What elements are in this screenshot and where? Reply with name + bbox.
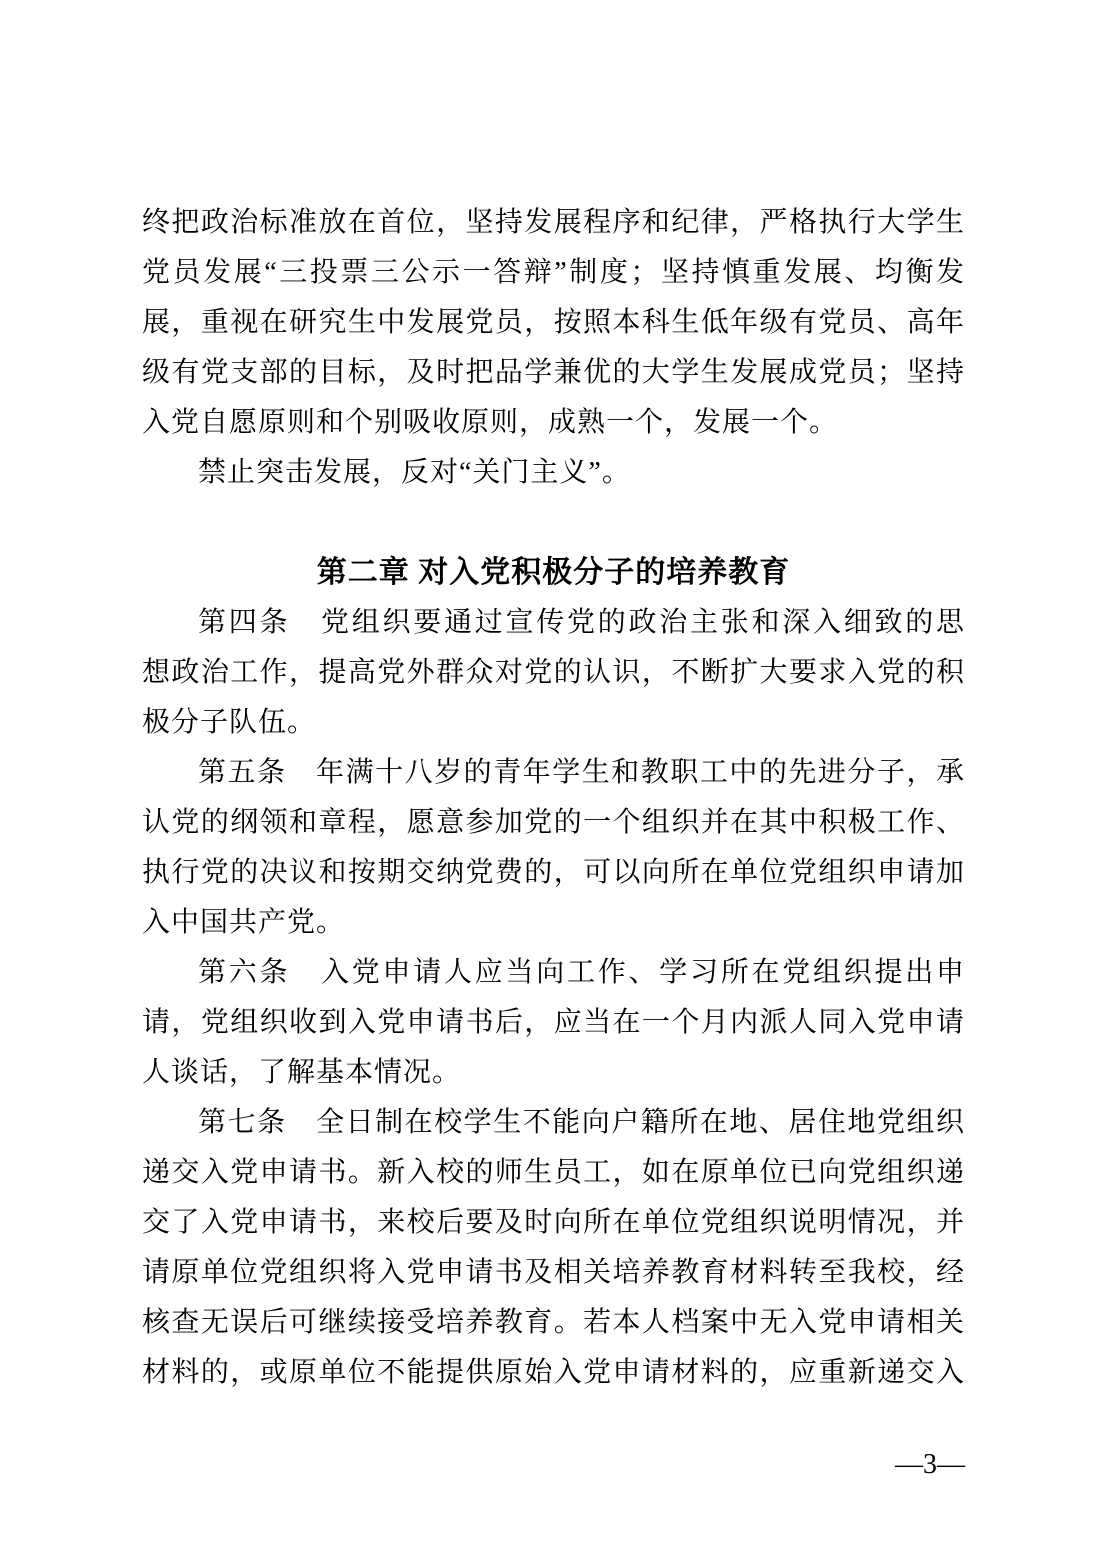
- text-line: 第七条 全日制在校学生不能向户籍所在地、居住地党组织: [142, 1098, 965, 1148]
- page-number: —3—: [895, 1445, 965, 1485]
- text-line: 递交入党申请书。新入校的师生员工，如在原单位已向党组织递: [142, 1148, 965, 1198]
- document-page: 终把政治标准放在首位，坚持发展程序和纪律，严格执行大学生 党员发展“三投票三公示…: [0, 0, 1102, 1559]
- text-line: 禁止突击发展，反对“关门主义”。: [142, 448, 965, 498]
- text-line: 终把政治标准放在首位，坚持发展程序和纪律，严格执行大学生: [142, 198, 965, 248]
- paragraph-article-5: 第五条 年满十八岁的青年学生和教职工中的先进分子，承 认党的纲领和章程，愿意参加…: [142, 748, 965, 948]
- text-line: 第五条 年满十八岁的青年学生和教职工中的先进分子，承: [142, 748, 965, 798]
- text-line: 核查无误后可继续接受培养教育。若本人档案中无入党申请相关: [142, 1298, 965, 1348]
- text-line: 展，重视在研究生中发展党员，按照本科生低年级有党员、高年: [142, 298, 965, 348]
- text-line: 级有党支部的目标，及时把品学兼优的大学生发展成党员；坚持: [142, 348, 965, 398]
- text-line: 请，党组织收到入党申请书后，应当在一个月内派人同入党申请: [142, 998, 965, 1048]
- text-line: 执行党的决议和按期交纳党费的，可以向所在单位党组织申请加: [142, 848, 965, 898]
- text-line: 材料的，或原单位不能提供原始入党申请材料的，应重新递交入: [142, 1348, 965, 1398]
- text-line: 极分子队伍。: [142, 698, 965, 748]
- paragraph-continuation: 终把政治标准放在首位，坚持发展程序和纪律，严格执行大学生 党员发展“三投票三公示…: [142, 198, 965, 448]
- text-line: 第四条 党组织要通过宣传党的政治主张和深入细致的思: [142, 598, 965, 648]
- text-line: 想政治工作，提高党外群众对党的认识，不断扩大要求入党的积: [142, 648, 965, 698]
- text-line: 交了入党申请书，来校后要及时向所在单位党组织说明情况，并: [142, 1198, 965, 1248]
- text-line: 请原单位党组织将入党申请书及相关培养教育材料转至我校，经: [142, 1248, 965, 1298]
- text-line: 认党的纲领和章程，愿意参加党的一个组织并在其中积极工作、: [142, 798, 965, 848]
- text-line: 入党自愿原则和个别吸收原则，成熟一个，发展一个。: [142, 398, 965, 448]
- text-line: 入中国共产党。: [142, 898, 965, 948]
- paragraph-article-7: 第七条 全日制在校学生不能向户籍所在地、居住地党组织 递交入党申请书。新入校的师…: [142, 1098, 965, 1398]
- text-line: 党员发展“三投票三公示一答辩”制度；坚持慎重发展、均衡发: [142, 248, 965, 298]
- document-body: 终把政治标准放在首位，坚持发展程序和纪律，严格执行大学生 党员发展“三投票三公示…: [142, 198, 965, 1398]
- paragraph-article-4: 第四条 党组织要通过宣传党的政治主张和深入细致的思 想政治工作，提高党外群众对党…: [142, 598, 965, 748]
- paragraph-article-6: 第六条 入党申请人应当向工作、学习所在党组织提出申 请，党组织收到入党申请书后，…: [142, 948, 965, 1098]
- paragraph-prohibition: 禁止突击发展，反对“关门主义”。: [142, 448, 965, 498]
- text-line: 人谈话，了解基本情况。: [142, 1048, 965, 1098]
- text-line: 第六条 入党申请人应当向工作、学习所在党组织提出申: [142, 948, 965, 998]
- chapter-heading: 第二章 对入党积极分子的培养教育: [142, 548, 965, 598]
